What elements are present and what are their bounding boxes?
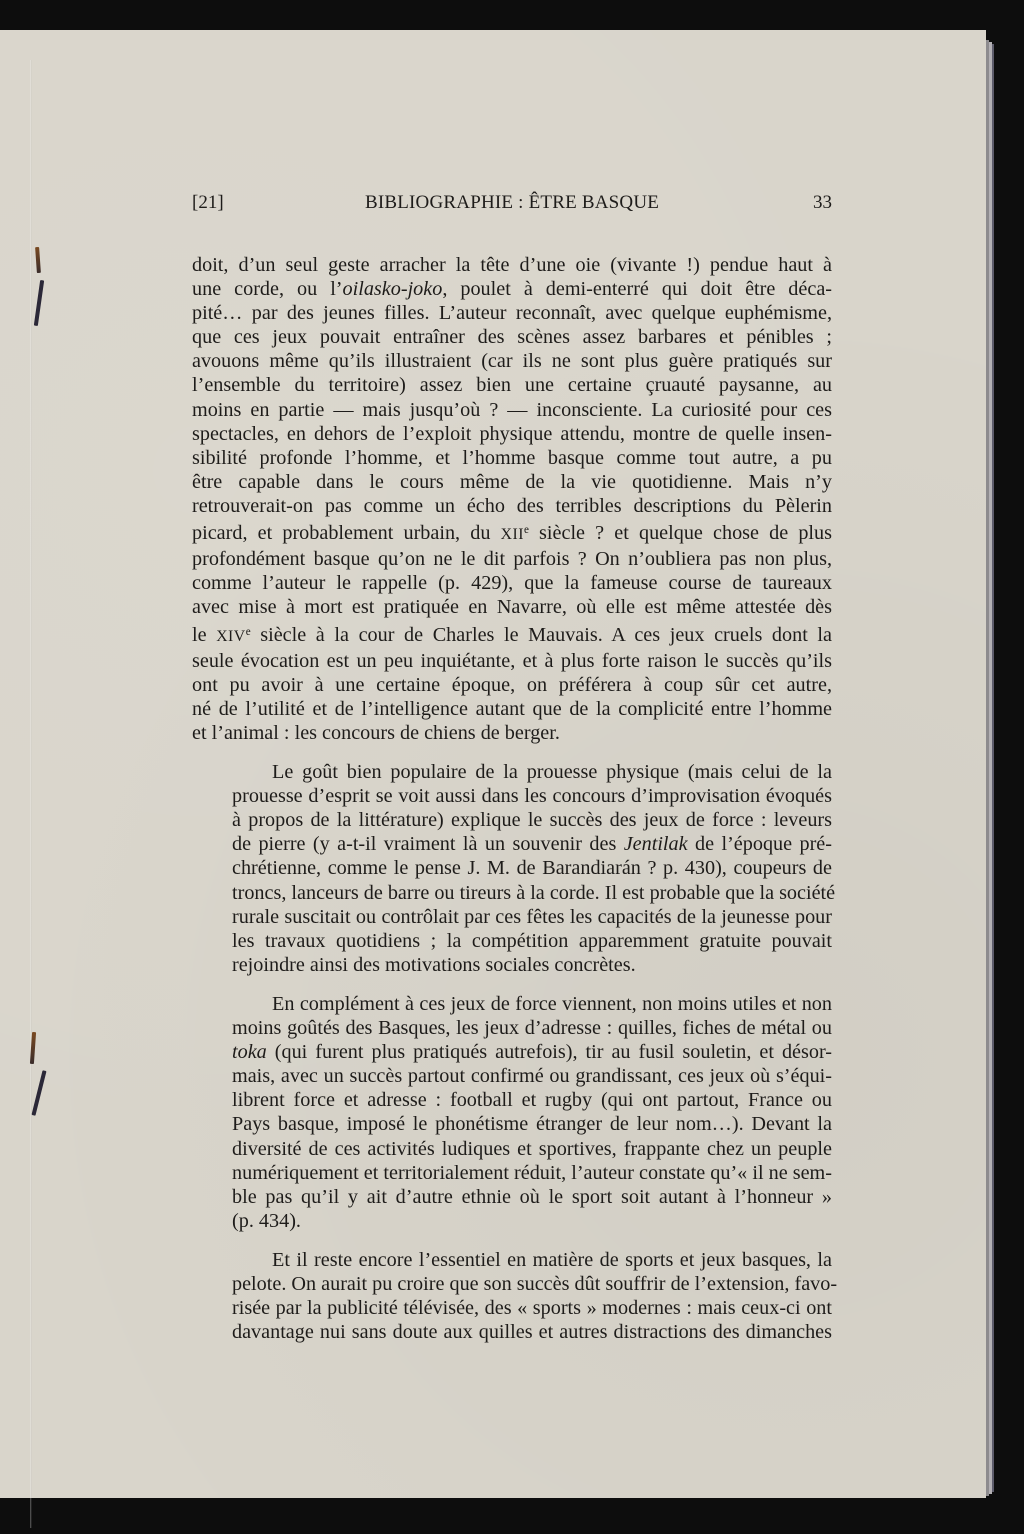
text-line: une corde, ou l’oilasko-joko, poulet à d…: [192, 277, 832, 301]
text-line: rejoindre ainsi des motivations sociales…: [192, 953, 832, 977]
text-line: mais, avec un succès partout confirmé ou…: [192, 1064, 832, 1088]
page-number: 33: [813, 192, 832, 214]
paragraph: Le goût bien populaire de la prouesse ph…: [192, 760, 832, 977]
text-line: sibilité profonde l’homme, et l’homme ba…: [192, 446, 832, 470]
text-line: En complément à ces jeux de force vienne…: [192, 992, 832, 1016]
staple-top-wire-icon: [34, 280, 44, 326]
text-line: à propos de la littérature) explique le …: [192, 808, 832, 832]
text-line: l’ensemble du territoire) assez bien une…: [192, 373, 832, 397]
text-line: pité… par des jeunes filles. L’auteur re…: [192, 301, 832, 325]
text-line: les travaux quotidiens ; la compétition …: [192, 929, 832, 953]
text-line: picard, et probablement urbain, du XIIe …: [192, 518, 832, 547]
text-line: pelote. On aurait pu croire que son succ…: [192, 1272, 832, 1296]
spine-fold: [30, 60, 32, 1528]
text-line: retrouverait-on pas comme un écho des te…: [192, 494, 832, 518]
text-line: Et il reste encore l’essentiel en matièr…: [192, 1248, 832, 1272]
running-title: BIBLIOGRAPHIE : ÊTRE BASQUE: [192, 192, 832, 214]
text-line: librent force et adresse : football et r…: [192, 1088, 832, 1112]
text-line: prouesse d’esprit se voit aussi dans les…: [192, 784, 832, 808]
paragraph: Et il reste encore l’essentiel en matièr…: [192, 1248, 832, 1344]
text-line: toka (qui furent plus pratiqués autrefoi…: [192, 1040, 832, 1064]
text-line: seule évocation est un peu inquiétante, …: [192, 649, 832, 673]
text-line: davantage nui sans doute aux quilles et …: [192, 1320, 832, 1344]
text-line: moins goûtés des Basques, les jeux d’adr…: [192, 1016, 832, 1040]
text-line: moins en partie — mais jusqu’où ? — inco…: [192, 398, 832, 422]
text-line: le XIVe siècle à la cour de Charles le M…: [192, 620, 832, 649]
text-line: être capable dans le cours même de la vi…: [192, 470, 832, 494]
text-line: (p. 434).: [192, 1209, 832, 1233]
paragraph: doit, d’un seul geste arracher la tête d…: [192, 253, 832, 745]
text-line: comme l’auteur le rappelle (p. 429), que…: [192, 571, 832, 595]
text-line: né de l’utilité et de l’intelligence aut…: [192, 697, 832, 721]
text-line: ont pu avoir à une certaine époque, on p…: [192, 673, 832, 697]
paragraph: En complément à ces jeux de force vienne…: [192, 992, 832, 1233]
text-line: troncs, lanceurs de barre ou tireurs à l…: [192, 881, 832, 905]
text-line: avouons même qu’ils illustraient (car il…: [192, 349, 832, 373]
text-line: risée par la publicité télévisée, des « …: [192, 1296, 832, 1320]
text-line: chrétienne, comme le pense J. M. de Bara…: [192, 856, 832, 880]
staple-bottom-rust-icon: [30, 1032, 36, 1064]
page-edge: [992, 44, 994, 1492]
staple-top-rust-icon: [35, 247, 41, 273]
text-line: doit, d’un seul geste arracher la tête d…: [192, 253, 832, 277]
text-line: Le goût bien populaire de la prouesse ph…: [192, 760, 832, 784]
text-line: et l’animal : les concours de chiens de …: [192, 721, 832, 745]
running-header: [21] BIBLIOGRAPHIE : ÊTRE BASQUE 33: [192, 192, 832, 218]
body-text: doit, d’un seul geste arracher la tête d…: [192, 253, 832, 1344]
text-line: de pierre (y a-t-il vraiment là un souve…: [192, 832, 832, 856]
staple-bottom-wire-icon: [31, 1070, 46, 1116]
book-page: [21] BIBLIOGRAPHIE : ÊTRE BASQUE 33 doit…: [0, 30, 986, 1498]
text-line: que ces jeux pouvait entraîner des scène…: [192, 325, 832, 349]
text-line: ble pas qu’il y ait d’autre ethnie où le…: [192, 1185, 832, 1209]
text-line: diversité de ces activités ludiques et s…: [192, 1137, 832, 1161]
text-line: rurale suscitait ou contrôlait par ces f…: [192, 905, 832, 929]
text-line: avec mise à mort est pratiquée en Navarr…: [192, 595, 832, 619]
text-line: numériquement et territorialement réduit…: [192, 1161, 832, 1185]
text-line: Pays basque, imposé le phonétisme étrang…: [192, 1112, 832, 1136]
text-line: profondément basque qu’on ne le dit parf…: [192, 547, 832, 571]
text-line: spectacles, en dehors de l’exploit physi…: [192, 422, 832, 446]
